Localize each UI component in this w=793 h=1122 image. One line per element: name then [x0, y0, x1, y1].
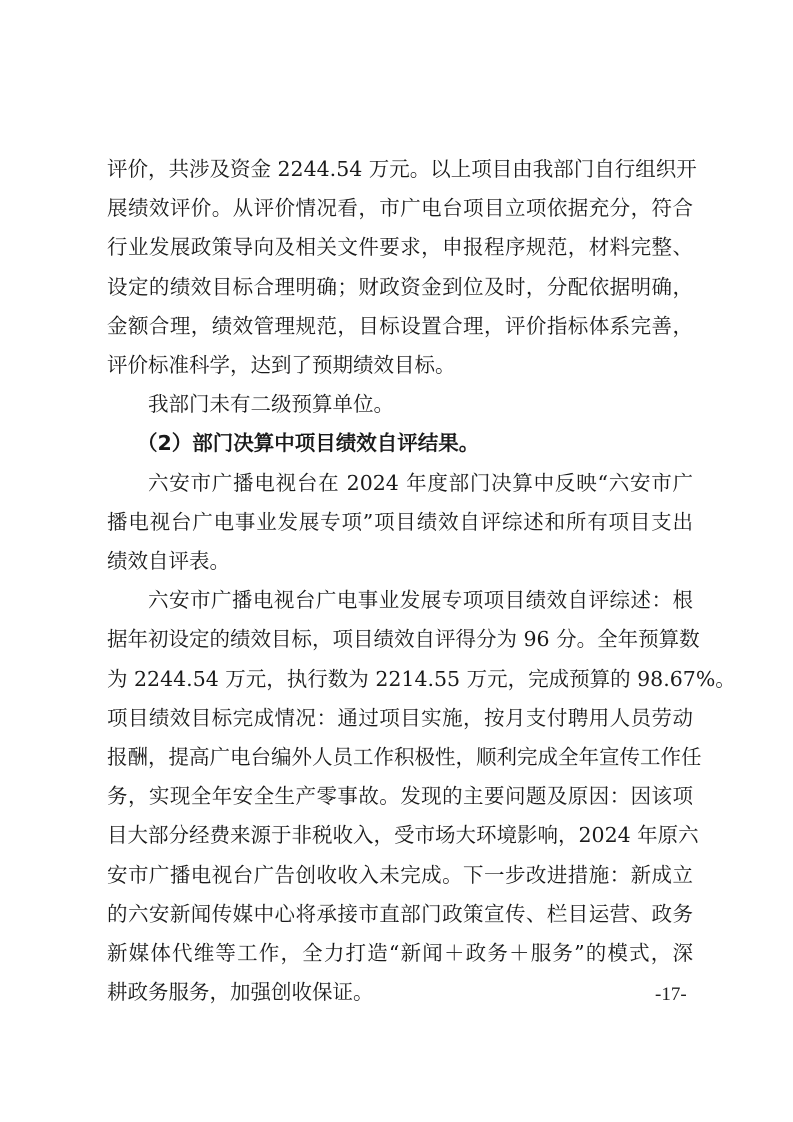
- text-line: 据年初设定的绩效目标，项目绩效自评得分为 96 分。全年预算数: [107, 620, 693, 659]
- text-line: 绩效自评表。: [107, 542, 693, 581]
- section-heading: （2）部门决算中项目绩效自评结果。: [107, 424, 693, 463]
- text-line: 新媒体代维等工作，全力打造“新闻＋政务＋服务”的模式，深: [107, 934, 693, 973]
- text-line: 安市广播电视台广告创收收入未完成。下一步改进措施：新成立: [107, 856, 693, 895]
- page-number: -17-: [655, 984, 687, 1006]
- text-line: 评价，共涉及资金 2244.54 万元。以上项目由我部门自行组织开: [107, 150, 693, 189]
- document-page: 评价，共涉及资金 2244.54 万元。以上项目由我部门自行组织开 展绩效评价。…: [107, 150, 693, 1012]
- text-line: 行业发展政策导向及相关文件要求，申报程序规范，材料完整、: [107, 228, 693, 267]
- text-line: 设定的绩效目标合理明确；财政资金到位及时，分配依据明确，: [107, 268, 693, 307]
- text-line: 六安市广播电视台在 2024 年度部门决算中反映“六安市广: [107, 464, 693, 503]
- text-line: 项目绩效目标完成情况：通过项目实施，按月支付聘用人员劳动: [107, 699, 693, 738]
- heading-text: （2）部门决算中项目绩效自评结果。: [107, 424, 693, 463]
- text-line: 六安市广播电视台广电事业发展专项项目绩效自评综述：根: [107, 581, 693, 620]
- text-line: 耕政务服务，加强创收保证。: [107, 973, 693, 1012]
- paragraph-final-accounts: 六安市广播电视台在 2024 年度部门决算中反映“六安市广 播电视台广电事业发展…: [107, 464, 693, 582]
- text-line: 展绩效评价。从评价情况看，市广电台项目立项依据充分，符合: [107, 189, 693, 228]
- text-line: 金额合理，绩效管理规范，目标设置合理，评价指标体系完善，: [107, 307, 693, 346]
- text-line: 播电视台广电事业发展专项”项目绩效自评综述和所有项目支出: [107, 503, 693, 542]
- paragraph-no-secondary-units: 我部门未有二级预算单位。: [107, 385, 693, 424]
- text-line: 为 2244.54 万元，执行数为 2214.55 万元，完成预算的 98.67…: [107, 660, 693, 699]
- paragraph-self-evaluation-summary: 六安市广播电视台广电事业发展专项项目绩效自评综述：根 据年初设定的绩效目标，项目…: [107, 581, 693, 1012]
- paragraph-evaluation-summary: 评价，共涉及资金 2244.54 万元。以上项目由我部门自行组织开 展绩效评价。…: [107, 150, 693, 385]
- text-line: 我部门未有二级预算单位。: [107, 385, 693, 424]
- text-line: 评价标准科学，达到了预期绩效目标。: [107, 346, 693, 385]
- text-line: 报酬，提高广电台编外人员工作积极性，顺利完成全年宣传工作任: [107, 738, 693, 777]
- text-line: 务，实现全年安全生产零事故。发现的主要问题及原因：因该项: [107, 777, 693, 816]
- text-line: 目大部分经费来源于非税收入，受市场大环境影响，2024 年原六: [107, 816, 693, 855]
- text-line: 的六安新闻传媒中心将承接市直部门政策宣传、栏目运营、政务: [107, 895, 693, 934]
